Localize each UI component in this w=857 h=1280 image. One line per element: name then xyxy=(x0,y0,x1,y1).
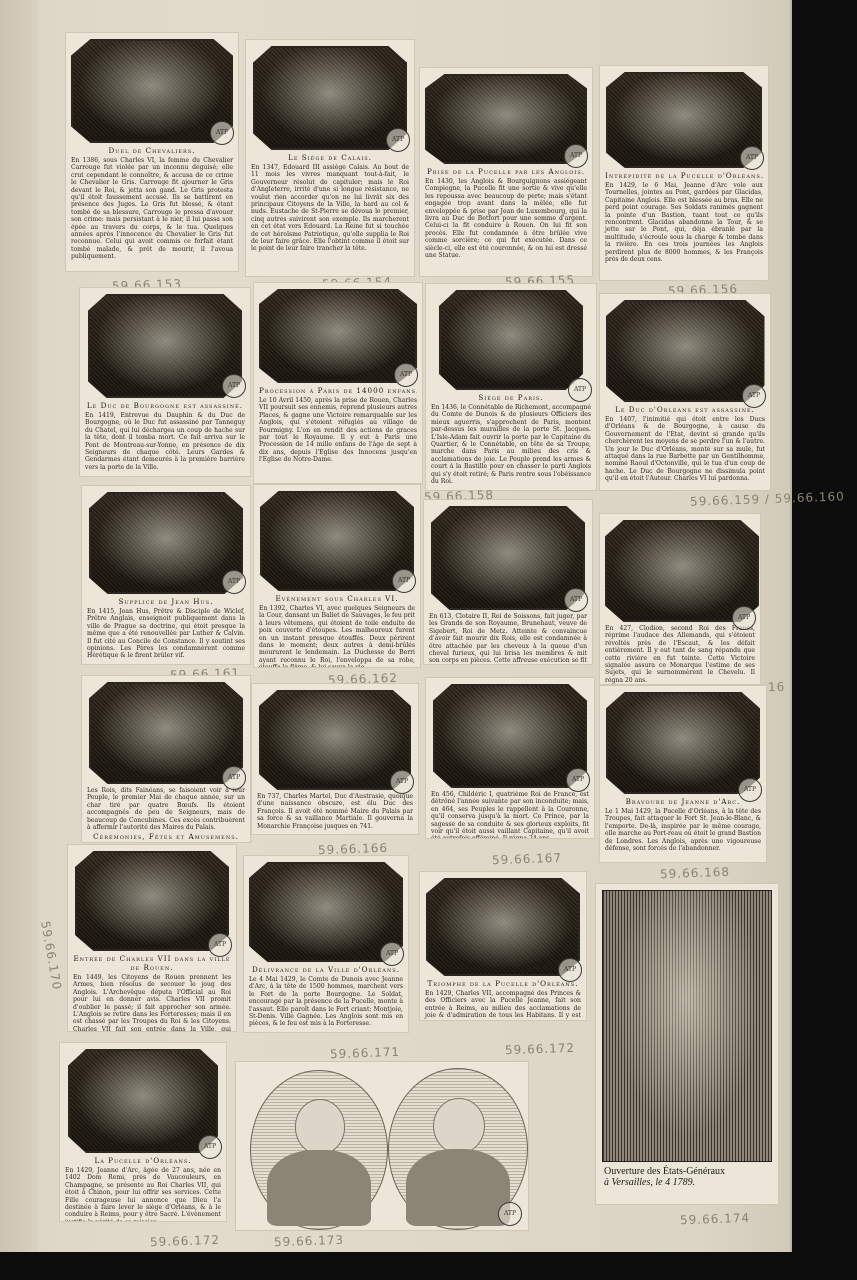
clipping-intrepidite-pucelle: ATP Intrépidité de la Pucelle d'Orléans.… xyxy=(600,66,768,280)
inventory-number: 59.66.171 xyxy=(330,1045,401,1061)
clipping-text: En 1429, Charles VII, accompagné des Pri… xyxy=(425,990,581,1020)
engraving xyxy=(426,878,580,976)
engraving xyxy=(89,682,243,784)
clipping-title: Le Duc de Bourgogne est assassiné. xyxy=(85,401,245,410)
clipping-text: Le 1 Mai 1429, la Pucelle d'Orléans, à l… xyxy=(605,808,761,852)
clipping-portraits: ATP xyxy=(236,1062,528,1230)
museum-stamp: ATP xyxy=(558,958,582,982)
clipping-footer: Cérémonies, Fêtes et Amusemens. xyxy=(87,832,245,841)
museum-stamp: ATP xyxy=(394,363,418,387)
engraving xyxy=(605,520,759,622)
clipping-title: Triomphe de la Pucelle d'Orléans. xyxy=(425,979,581,988)
museum-stamp: ATP xyxy=(568,378,592,402)
inventory-number: 59.66.172 xyxy=(150,1233,221,1249)
engraving xyxy=(75,851,229,951)
museum-stamp: ATP xyxy=(392,569,416,593)
woman-portrait xyxy=(250,1070,388,1230)
clipping-etats-generaux: Ouverture des États-Généraux à Versaille… xyxy=(596,884,778,1204)
engraving xyxy=(253,46,407,150)
museum-stamp: ATP xyxy=(208,933,232,957)
engraving xyxy=(88,294,242,398)
museum-stamp: ATP xyxy=(740,146,764,170)
engraving-etats-generaux xyxy=(602,890,772,1162)
engraving xyxy=(68,1049,218,1153)
portrait-face xyxy=(295,1099,346,1155)
clipping-title: Procession à Paris de 14000 enfans. xyxy=(259,386,417,395)
clipping-duc-d-orleans: ATP Le Duc d'Orléans est assassiné. En 1… xyxy=(600,294,770,490)
clipping-triomphe-pucelle: ATP Triomphe de la Pucelle d'Orléans. En… xyxy=(420,872,586,1020)
engraving xyxy=(71,39,233,143)
portrait-bust xyxy=(267,1150,370,1226)
clipping-title: Duel de Chevaliers. xyxy=(71,146,233,155)
clipping-prise-de-la-pucelle: ATP Prise de la Pucelle par les Anglois.… xyxy=(420,68,592,276)
clipping-title: Supplice de Jean Hus. xyxy=(87,597,245,606)
museum-stamp: ATP xyxy=(390,770,414,794)
engraving xyxy=(606,300,765,402)
museum-stamp: ATP xyxy=(742,384,766,408)
clipping-text: En 1407, l'inimitié qui étoit entre les … xyxy=(605,416,765,483)
engraving xyxy=(89,492,243,594)
museum-stamp: ATP xyxy=(498,1202,522,1226)
museum-stamp: ATP xyxy=(222,570,246,594)
clipping-text: En 1430, les Anglois & Bourguignons assi… xyxy=(425,178,587,259)
engraving xyxy=(259,289,417,383)
clipping-supplice-jean-hus: ATP Supplice de Jean Hus. En 1415, Jean … xyxy=(82,486,250,664)
clipping-text: En 613, Clotaire II, Roi de Soissons, fa… xyxy=(429,613,587,664)
clipping-la-pucelle-d-orleans: ATP La Pucelle d'Orléans. En 1429, Jeann… xyxy=(60,1043,226,1221)
clipping-siege-de-calais: ATP Le Siège de Calais. En 1347, Edouard… xyxy=(246,40,414,276)
clipping-clodion: ATP En 427, Clodion, second Roi des Fran… xyxy=(600,514,760,684)
engraving xyxy=(431,506,585,610)
inventory-number: 59.66.166 xyxy=(318,841,389,857)
clipping-text: En 737, Charles Martel, Duc d'Austrasie,… xyxy=(257,793,413,830)
engraving xyxy=(249,862,403,962)
clipping-text: En 1449, les Citoyens de Rouen prennent … xyxy=(73,974,231,1031)
portrait-face xyxy=(433,1098,485,1154)
engraving xyxy=(259,690,411,790)
clipping-duc-de-bourgogne: ATP Le Duc de Bourgogne est assassiné. E… xyxy=(80,288,250,476)
engraving xyxy=(606,72,762,168)
clipping-title: Intrépidité de la Pucelle d'Orléans. xyxy=(605,171,763,180)
clipping-text: En 1347, Edouard III assiège Calais. Au … xyxy=(251,164,409,253)
clipping-text: En 427, Clodion, second Roi des Francs, … xyxy=(605,625,755,684)
engraving xyxy=(260,491,414,591)
inventory-number: 59.66.168 xyxy=(660,865,731,881)
clipping-title: Prise de la Pucelle par les Anglois. xyxy=(425,167,587,176)
inventory-number: 59.66.173 xyxy=(274,1233,345,1249)
clipping-title: Evènement sous Charles VI. xyxy=(259,594,415,603)
inventory-number: 59.66.172 xyxy=(505,1041,576,1057)
clipping-text: En 1436, le Connétable de Richemont, acc… xyxy=(431,404,591,485)
clipping-text: En 1419, Entrevue du Dauphin & du Duc de… xyxy=(85,412,245,471)
museum-stamp: ATP xyxy=(380,942,404,966)
clipping-rois-faineans: ATP Les Rois, dits Fainéans, se faisoien… xyxy=(82,676,250,842)
clipping-text: Les Rois, dits Fainéans, se faisoient vo… xyxy=(87,787,245,831)
clipping-bravoure-jeanne-d-arc: ATP Bravoure de Jeanne d'Arc. Le 1 Mai 1… xyxy=(600,686,766,862)
museum-stamp: ATP xyxy=(222,766,246,790)
museum-stamp: ATP xyxy=(564,588,588,612)
clipping-procession-a-paris: ATP Procession à Paris de 14000 enfans. … xyxy=(254,283,422,483)
album-page: ATP Duel de Chevaliers. En 1386, sous Ch… xyxy=(0,0,792,1252)
clipping-entree-charles-vii-rouen: ATP Entrée de Charles VII dans la ville … xyxy=(68,845,236,1031)
clipping-text: En 1415, Jean Hus, Prêtre & Disciple de … xyxy=(87,608,245,660)
inventory-number: 59.66.167 xyxy=(492,851,563,867)
clipping-clotaire-ii: ATP En 613, Clotaire II, Roi de Soissons… xyxy=(424,500,592,664)
clipping-childeric-i: ATP En 456, Childéric I, quatrième Roi d… xyxy=(426,678,594,838)
clipping-delivrance-orleans: ATP Délivrance de la Ville d'Orléans. Le… xyxy=(244,856,408,1032)
page-binding-edge xyxy=(0,0,38,1252)
clipping-title: Siège de Paris. xyxy=(431,393,591,402)
caption-block: Ouverture des États-Généraux à Versaille… xyxy=(604,1166,770,1188)
inventory-number: 16 xyxy=(768,680,786,695)
museum-stamp: ATP xyxy=(732,606,756,630)
clipping-evenement-charles-vi: ATP Evènement sous Charles VI. En 1392, … xyxy=(254,485,420,667)
clipping-title: La Pucelle d'Orléans. xyxy=(65,1156,221,1165)
museum-stamp: ATP xyxy=(386,128,410,152)
inventory-number: 59.66.159 / 59.66.160 xyxy=(690,489,845,508)
museum-stamp: ATP xyxy=(564,144,588,168)
clipping-text: En 1386, sous Charles VI, la femme du Ch… xyxy=(71,157,233,261)
portrait-bust xyxy=(406,1149,511,1226)
clipping-title: Ouverture des États-Généraux xyxy=(604,1166,770,1177)
clipping-title: Le Duc d'Orléans est assassiné. xyxy=(605,405,765,414)
engraving xyxy=(606,692,760,794)
clipping-text: En 456, Childéric I, quatrième Roi de Fr… xyxy=(431,791,589,838)
engraving xyxy=(439,290,583,390)
museum-stamp: ATP xyxy=(198,1135,222,1159)
museum-stamp: ATP xyxy=(738,778,762,802)
clipping-text: à Versailles, le 4 1789. xyxy=(604,1177,770,1188)
inventory-number: 59.66.170 xyxy=(38,920,64,991)
clipping-text: En 1429, le 6 Mai, Jeanne d'Arc vole aux… xyxy=(605,182,763,263)
clipping-text: Le 4 Mai 1429, le Comte de Dunois avec J… xyxy=(249,976,403,1028)
clipping-text: Le 10 Avril 1450, après la prise de Roue… xyxy=(259,397,417,464)
museum-stamp: ATP xyxy=(222,374,246,398)
inventory-number: 59.66.174 xyxy=(680,1211,751,1227)
clipping-text: En 1429, Jeanne d'Arc, âgée de 27 ans, n… xyxy=(65,1167,221,1221)
clipping-title: Délivrance de la Ville d'Orléans. xyxy=(249,965,403,974)
museum-stamp: ATP xyxy=(566,768,590,792)
clipping-title: Le Siège de Calais. xyxy=(251,153,409,162)
museum-stamp: ATP xyxy=(210,121,234,145)
clipping-title: Entrée de Charles VII dans la ville de R… xyxy=(73,954,231,972)
engraving xyxy=(433,684,587,788)
clipping-siege-de-paris: ATP Siège de Paris. En 1436, le Connétab… xyxy=(426,284,596,490)
engraving xyxy=(425,74,587,164)
clipping-title: Bravoure de Jeanne d'Arc. xyxy=(605,797,761,806)
clipping-text: En 1392, Charles VI, avec quelques Seign… xyxy=(259,605,415,667)
clipping-charles-martel: ATP En 737, Charles Martel, Duc d'Austra… xyxy=(252,684,418,834)
clipping-duel-de-chevaliers: ATP Duel de Chevaliers. En 1386, sous Ch… xyxy=(66,33,238,271)
